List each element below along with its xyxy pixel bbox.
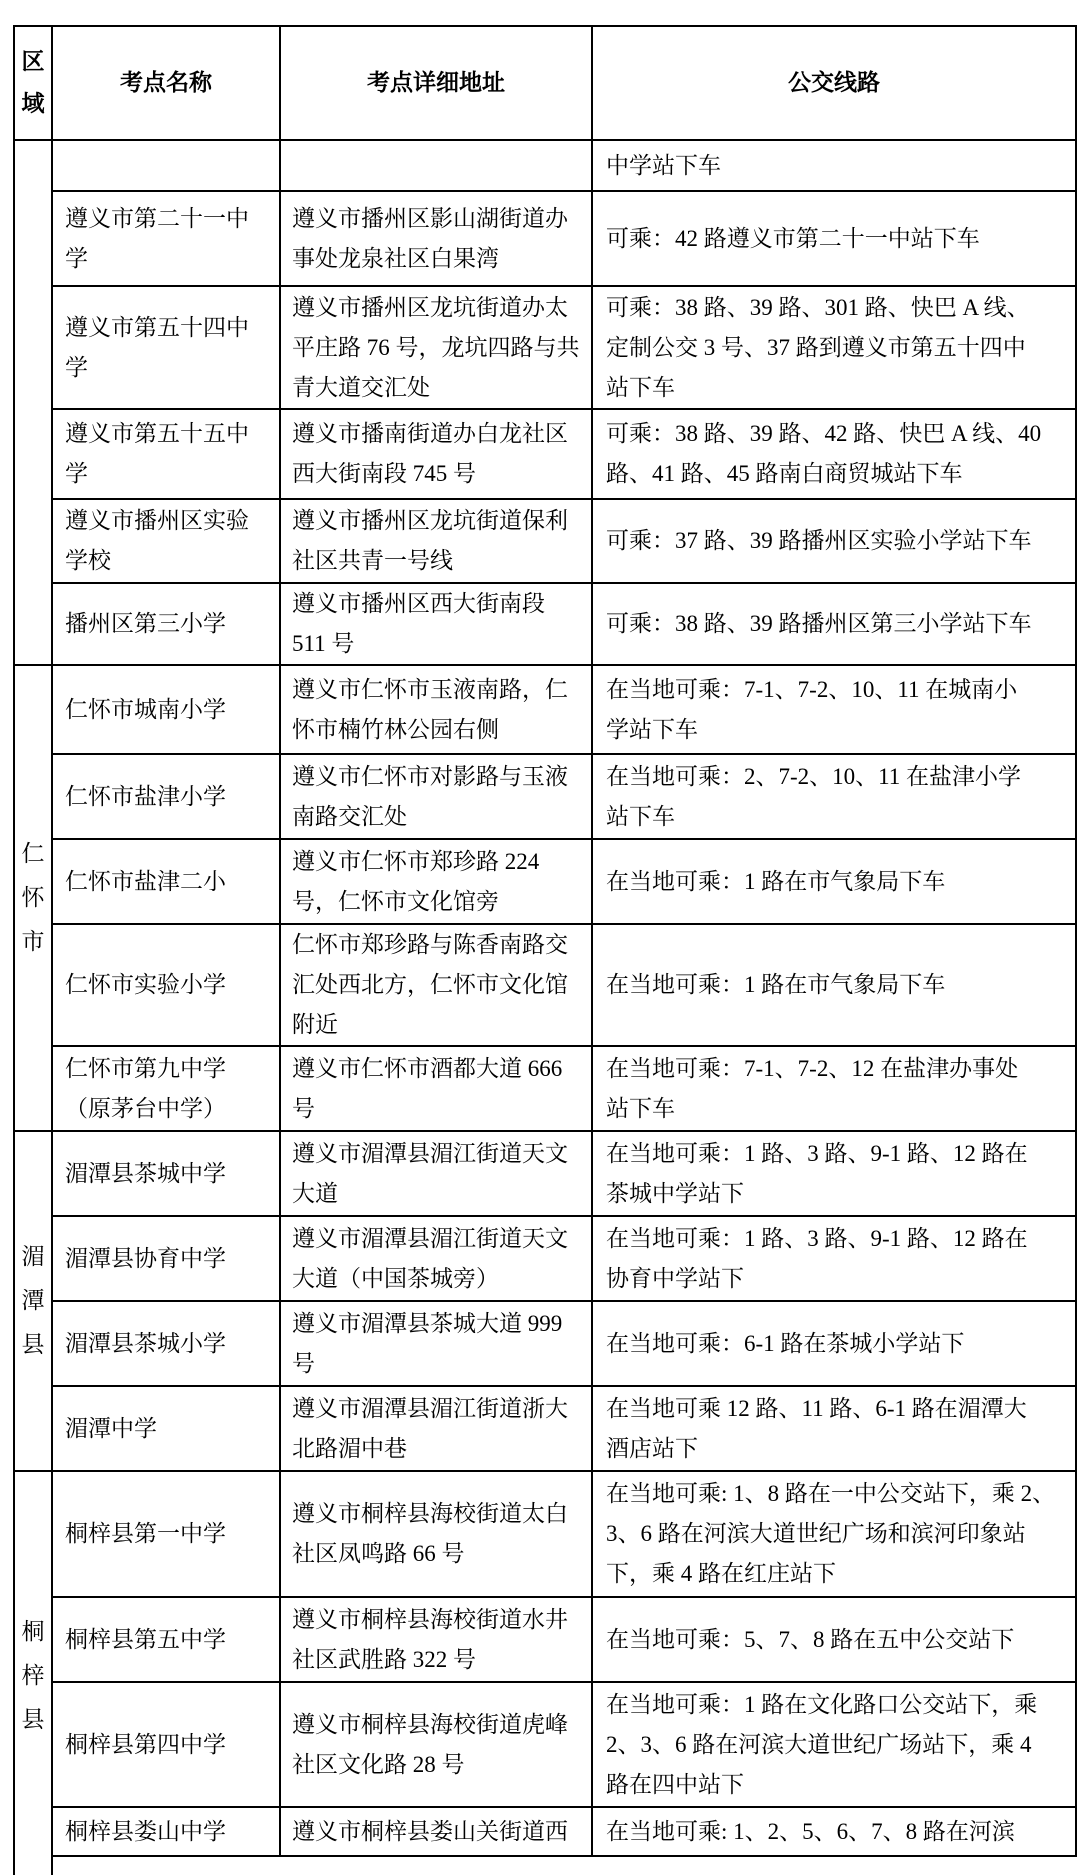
site-name-cell: 仁怀市盐津二小	[52, 839, 280, 924]
address-cell: 遵义市仁怀市玉液南路，仁 怀市楠竹林公园右侧	[280, 665, 592, 754]
bus-route-cell: 可乘：42 路遵义市第二十一中站下车	[592, 191, 1076, 286]
table-row: 遵义市播州区实验 学校遵义市播州区龙坑街道保利 社区共青一号线可乘：37 路、3…	[14, 499, 1076, 583]
address-cell: 遵义市湄潭县湄江街道天文 大道（中国茶城旁）	[280, 1216, 592, 1301]
table-row: 仁怀市实验小学仁怀市郑珍路与陈香南路交 汇处西北方，仁怀市文化馆 附近在当地可乘…	[14, 924, 1076, 1046]
address-cell: 遵义市播南街道办白龙社区 西大街南段 745 号	[280, 409, 592, 499]
address-cell: 遵义市桐梓县海校街道太白 社区凤鸣路 66 号	[280, 1471, 592, 1597]
cutoff-filler-row	[14, 1856, 1076, 1875]
cutoff-filler-cell	[280, 1856, 592, 1875]
address-cell: 遵义市仁怀市郑珍路 224 号，仁怀市文化馆旁	[280, 839, 592, 924]
site-name-cell: 湄潭县茶城中学	[52, 1131, 280, 1216]
address-cell: 遵义市播州区影山湖街道办 事处龙泉社区白果湾	[280, 191, 592, 286]
site-name-cell: 遵义市第五十四中 学	[52, 286, 280, 409]
site-name-cell: 遵义市第二十一中 学	[52, 191, 280, 286]
bus-route-cell: 可乘：38 路、39 路、42 路、快巴 A 线、40 路、41 路、45 路南…	[592, 409, 1076, 499]
header-region: 区 域	[14, 26, 52, 140]
table-row: 湄潭中学遵义市湄潭县湄江街道浙大 北路湄中巷在当地可乘 12 路、11 路、6-…	[14, 1386, 1076, 1471]
table-row: 桐梓县娄山中学遵义市桐梓县娄山关街道西在当地可乘: 1、2、5、6、7、8 路在…	[14, 1807, 1076, 1856]
bus-route-cell: 在当地可乘：2、7-2、10、11 在盐津小学 站下车	[592, 754, 1076, 839]
bus-route-cell: 在当地可乘：1 路在市气象局下车	[592, 924, 1076, 1046]
bus-route-cell: 在当地可乘：1 路在文化路口公交站下，乘 2、3、6 路在河滨大道世纪广场站下，…	[592, 1682, 1076, 1807]
site-name-cell: 桐梓县第一中学	[52, 1471, 280, 1597]
table-row: 湄潭县协育中学遵义市湄潭县湄江街道天文 大道（中国茶城旁）在当地可乘：1 路、3…	[14, 1216, 1076, 1301]
address-cell: 遵义市湄潭县茶城大道 999 号	[280, 1301, 592, 1386]
site-name-cell: 遵义市播州区实验 学校	[52, 499, 280, 583]
exam-sites-table: 区 域 考点名称 考点详细地址 公交线路 中学站下车遵义市第二十一中 学遵义市播…	[13, 25, 1077, 1875]
bus-route-cell: 在当地可乘：7-1、7-2、10、11 在城南小 学站下车	[592, 665, 1076, 754]
address-cell: 遵义市仁怀市对影路与玉液 南路交汇处	[280, 754, 592, 839]
address-cell: 遵义市湄潭县湄江街道浙大 北路湄中巷	[280, 1386, 592, 1471]
bus-route-cell: 在当地可乘：6-1 路在茶城小学站下	[592, 1301, 1076, 1386]
address-cell: 遵义市播州区龙坑街道办太 平庄路 76 号，龙坑四路与共 青大道交汇处	[280, 286, 592, 409]
site-name-cell: 仁怀市城南小学	[52, 665, 280, 754]
table-row: 桐梓县第四中学遵义市桐梓县海校街道虎峰 社区文化路 28 号在当地可乘：1 路在…	[14, 1682, 1076, 1807]
site-name-cell: 遵义市第五十五中 学	[52, 409, 280, 499]
table-row: 中学站下车	[14, 140, 1076, 191]
bus-route-cell: 在当地可乘：1 路、3 路、9-1 路、12 路在 茶城中学站下	[592, 1131, 1076, 1216]
table-row: 仁怀市盐津二小遵义市仁怀市郑珍路 224 号，仁怀市文化馆旁在当地可乘：1 路在…	[14, 839, 1076, 924]
site-name-cell: 桐梓县第四中学	[52, 1682, 280, 1807]
header-site-name: 考点名称	[52, 26, 280, 140]
document-page: 区 域 考点名称 考点详细地址 公交线路 中学站下车遵义市第二十一中 学遵义市播…	[0, 0, 1082, 1875]
table-row: 仁怀市第九中学 （原茅台中学）遵义市仁怀市酒都大道 666 号在当地可乘：7-1…	[14, 1046, 1076, 1131]
bus-route-cell: 可乘：38 路、39 路播州区第三小学站下车	[592, 583, 1076, 665]
cutoff-filler-cell	[592, 1856, 1076, 1875]
header-address: 考点详细地址	[280, 26, 592, 140]
bus-route-cell: 在当地可乘：1 路在市气象局下车	[592, 839, 1076, 924]
header-row: 区 域 考点名称 考点详细地址 公交线路	[14, 26, 1076, 140]
table-row: 桐 梓 县桐梓县第一中学遵义市桐梓县海校街道太白 社区凤鸣路 66 号在当地可乘…	[14, 1471, 1076, 1597]
bus-route-cell: 在当地可乘 12 路、11 路、6-1 路在湄潭大 酒店站下	[592, 1386, 1076, 1471]
table-header: 区 域 考点名称 考点详细地址 公交线路	[14, 26, 1076, 140]
bus-route-cell: 在当地可乘：7-1、7-2、12 在盐津办事处 站下车	[592, 1046, 1076, 1131]
address-cell: 遵义市桐梓县娄山关街道西	[280, 1807, 592, 1856]
bus-route-cell: 中学站下车	[592, 140, 1076, 191]
site-name-cell: 湄潭县协育中学	[52, 1216, 280, 1301]
table-row: 桐梓县第五中学遵义市桐梓县海校街道水井 社区武胜路 322 号在当地可乘：5、7…	[14, 1597, 1076, 1682]
bus-route-cell: 在当地可乘: 1、2、5、6、7、8 路在河滨	[592, 1807, 1076, 1856]
bus-route-cell: 可乘：37 路、39 路播州区实验小学站下车	[592, 499, 1076, 583]
table-body: 中学站下车遵义市第二十一中 学遵义市播州区影山湖街道办 事处龙泉社区白果湾可乘：…	[14, 140, 1076, 1875]
cutoff-filler-cell	[52, 1856, 280, 1875]
address-cell	[280, 140, 592, 191]
site-name-cell: 桐梓县第五中学	[52, 1597, 280, 1682]
header-bus-routes: 公交线路	[592, 26, 1076, 140]
bus-route-cell: 在当地可乘: 1、8 路在一中公交站下，乘 2、 3、6 路在河滨大道世纪广场和…	[592, 1471, 1076, 1597]
table-row: 湄潭县茶城小学遵义市湄潭县茶城大道 999 号在当地可乘：6-1 路在茶城小学站…	[14, 1301, 1076, 1386]
region-cell: 湄 潭 县	[14, 1131, 52, 1471]
site-name-cell: 仁怀市第九中学 （原茅台中学）	[52, 1046, 280, 1131]
table-row: 湄 潭 县湄潭县茶城中学遵义市湄潭县湄江街道天文 大道在当地可乘：1 路、3 路…	[14, 1131, 1076, 1216]
address-cell: 遵义市湄潭县湄江街道天文 大道	[280, 1131, 592, 1216]
table-row: 仁 怀 市仁怀市城南小学遵义市仁怀市玉液南路，仁 怀市楠竹林公园右侧在当地可乘：…	[14, 665, 1076, 754]
address-cell: 仁怀市郑珍路与陈香南路交 汇处西北方，仁怀市文化馆 附近	[280, 924, 592, 1046]
address-cell: 遵义市播州区西大街南段 511 号	[280, 583, 592, 665]
site-name-cell: 仁怀市盐津小学	[52, 754, 280, 839]
region-cell	[14, 140, 52, 665]
table-row: 播州区第三小学遵义市播州区西大街南段 511 号可乘：38 路、39 路播州区第…	[14, 583, 1076, 665]
site-name-cell: 湄潭中学	[52, 1386, 280, 1471]
site-name-cell: 湄潭县茶城小学	[52, 1301, 280, 1386]
region-cell: 仁 怀 市	[14, 665, 52, 1131]
address-cell: 遵义市桐梓县海校街道虎峰 社区文化路 28 号	[280, 1682, 592, 1807]
site-name-cell: 仁怀市实验小学	[52, 924, 280, 1046]
bus-route-cell: 在当地可乘：5、7、8 路在五中公交站下	[592, 1597, 1076, 1682]
bus-route-cell: 可乘：38 路、39 路、301 路、快巴 A 线、 定制公交 3 号、37 路…	[592, 286, 1076, 409]
table-row: 遵义市第五十五中 学遵义市播南街道办白龙社区 西大街南段 745 号可乘：38 …	[14, 409, 1076, 499]
site-name-cell: 播州区第三小学	[52, 583, 280, 665]
site-name-cell: 桐梓县娄山中学	[52, 1807, 280, 1856]
region-cell: 桐 梓 县	[14, 1471, 52, 1875]
table-row: 遵义市第五十四中 学遵义市播州区龙坑街道办太 平庄路 76 号，龙坑四路与共 青…	[14, 286, 1076, 409]
address-cell: 遵义市桐梓县海校街道水井 社区武胜路 322 号	[280, 1597, 592, 1682]
site-name-cell	[52, 140, 280, 191]
table-row: 遵义市第二十一中 学遵义市播州区影山湖街道办 事处龙泉社区白果湾可乘：42 路遵…	[14, 191, 1076, 286]
address-cell: 遵义市仁怀市酒都大道 666 号	[280, 1046, 592, 1131]
table-row: 仁怀市盐津小学遵义市仁怀市对影路与玉液 南路交汇处在当地可乘：2、7-2、10、…	[14, 754, 1076, 839]
address-cell: 遵义市播州区龙坑街道保利 社区共青一号线	[280, 499, 592, 583]
bus-route-cell: 在当地可乘：1 路、3 路、9-1 路、12 路在 协育中学站下	[592, 1216, 1076, 1301]
